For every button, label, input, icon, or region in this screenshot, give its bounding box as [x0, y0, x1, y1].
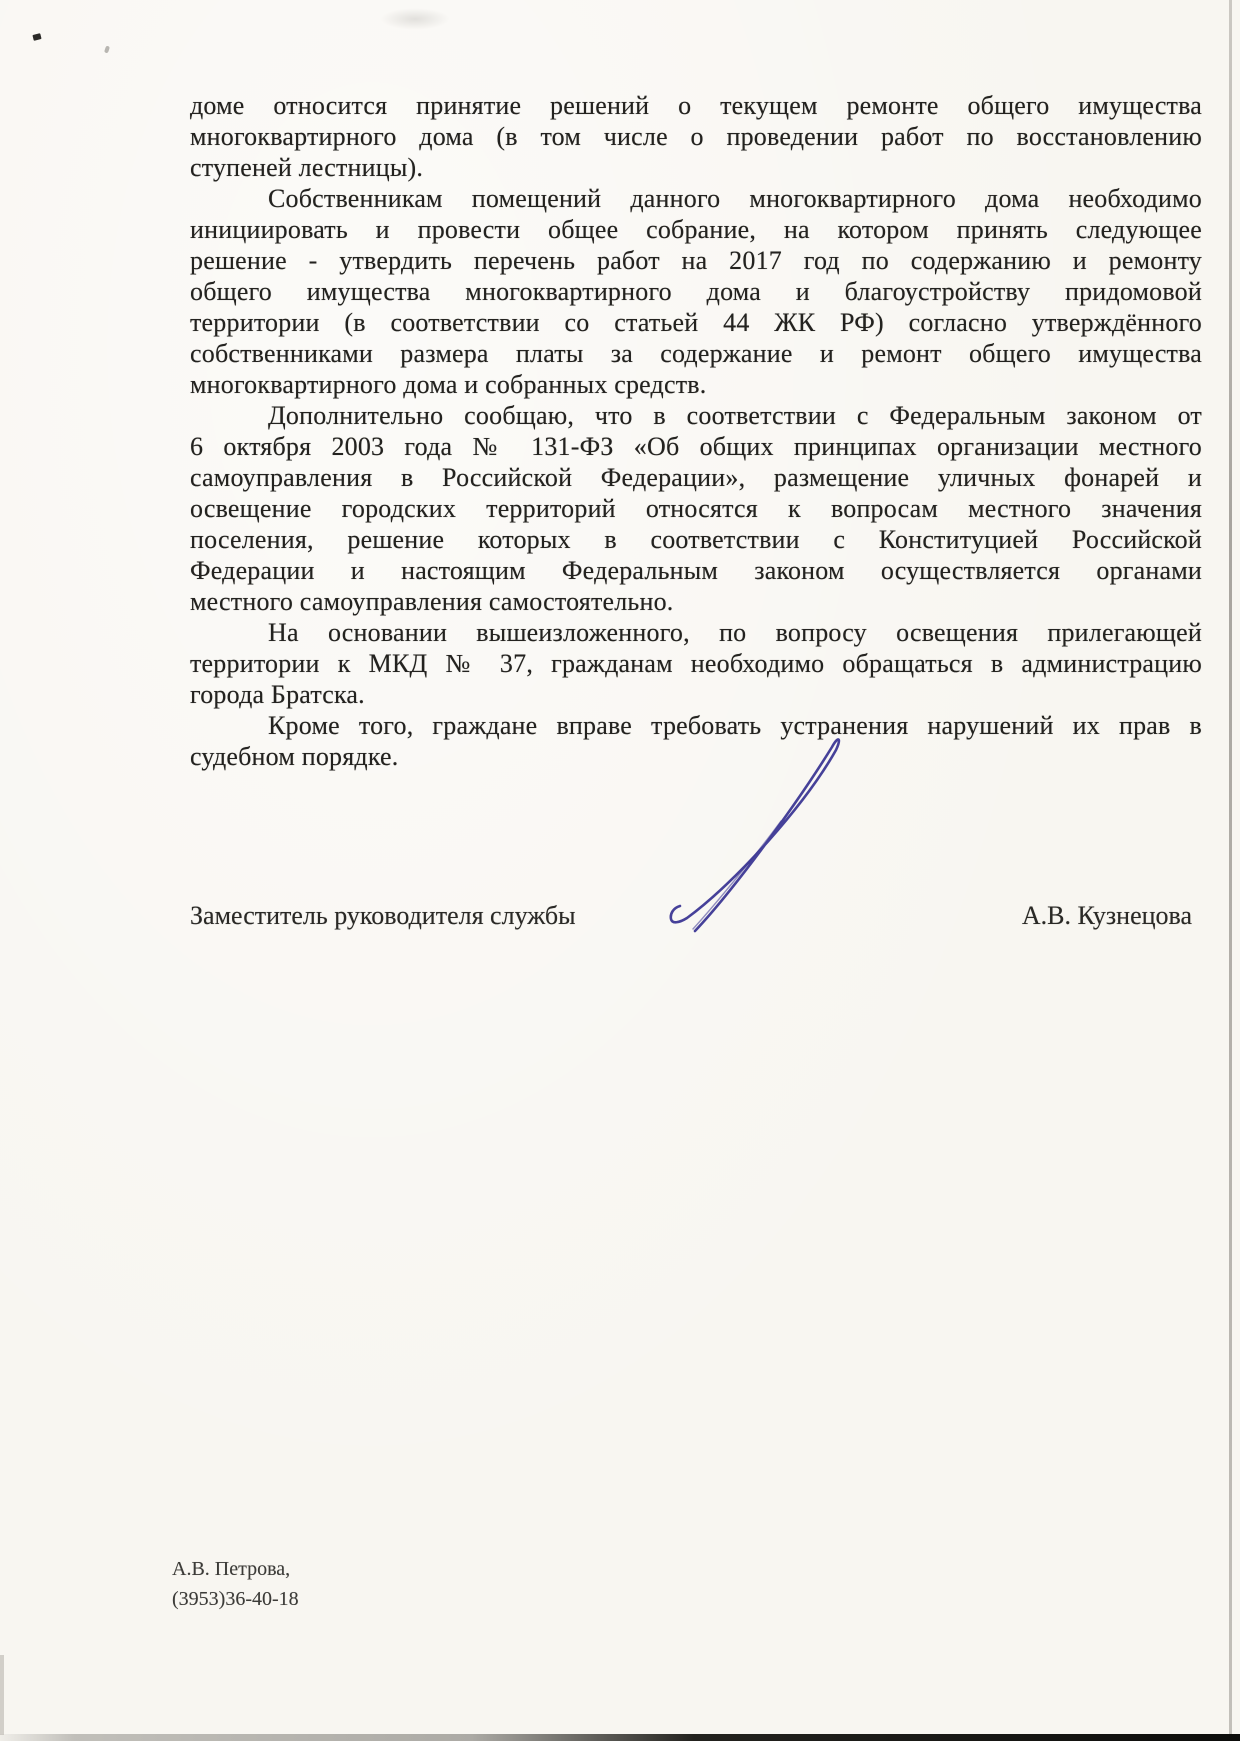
letter-line: территории (в соответствии со статьей 44…	[190, 307, 1202, 338]
signer-position-label: Заместитель руководителя службы	[190, 900, 576, 932]
signature-row: Заместитель руководителя службы А.В. Куз…	[190, 900, 1192, 932]
letter-line: доме относится принятие решений о текуще…	[190, 90, 1202, 121]
letter-line: решение - утвердить перечень работ на 20…	[190, 245, 1202, 276]
scan-edge-band-bottom	[0, 1734, 1240, 1741]
letter-line: освещение городских территорий относятся…	[190, 493, 1202, 524]
scan-artifact-dot	[32, 33, 41, 41]
letter-line: самоуправления в Российской Федерации», …	[190, 462, 1202, 493]
letter-line: 6 октября 2003 года № 131-ФЗ «Об общих п…	[190, 431, 1202, 462]
letter-body: доме относится принятие решений о текуще…	[190, 90, 1202, 772]
letter-line: собственниками размера платы за содержан…	[190, 338, 1202, 369]
letter-line: многоквартирного дома (в том числе о про…	[190, 121, 1202, 152]
letter-line: Дополнительно сообщаю, что в соответстви…	[190, 400, 1202, 431]
paragraph: Собственникам помещений данного многоква…	[190, 183, 1202, 400]
executor-phone: (3953)36-40-18	[172, 1584, 299, 1614]
scan-edge-shadow-left	[0, 1655, 4, 1735]
paragraph: Дополнительно сообщаю, что в соответстви…	[190, 400, 1202, 617]
scanned-letter-page: доме относится принятие решений о текуще…	[0, 0, 1240, 1741]
signer-name: А.В. Кузнецова	[1022, 900, 1192, 932]
paragraph: На основании вышеизложенного, по вопросу…	[190, 617, 1202, 710]
scan-artifact-fleck	[104, 46, 110, 54]
letter-line: поселения, решение которых в соответстви…	[190, 524, 1202, 555]
letter-line: общего имущества многоквартирного дома и…	[190, 276, 1202, 307]
scan-artifact-smudge	[380, 8, 450, 30]
letter-line: На основании вышеизложенного, по вопросу…	[190, 617, 1202, 648]
scan-edge-line-right	[1229, 0, 1232, 1735]
paragraph: доме относится принятие решений о текуще…	[190, 90, 1202, 183]
letter-line: многоквартирного дома и собранных средст…	[190, 369, 1202, 400]
letter-line: инициировать и провести общее собрание, …	[190, 214, 1202, 245]
executor-name: А.В. Петрова,	[172, 1554, 299, 1584]
letter-line: города Братска.	[190, 679, 1202, 710]
letter-line: местного самоуправления самостоятельно.	[190, 586, 1202, 617]
executor-info: А.В. Петрова, (3953)36-40-18	[172, 1554, 299, 1614]
letter-line: ступеней лестницы).	[190, 152, 1202, 183]
letter-line: Федерации и настоящим Федеральным законо…	[190, 555, 1202, 586]
letter-line: Собственникам помещений данного многоква…	[190, 183, 1202, 214]
letter-line: территории к МКД № 37, гражданам необход…	[190, 648, 1202, 679]
